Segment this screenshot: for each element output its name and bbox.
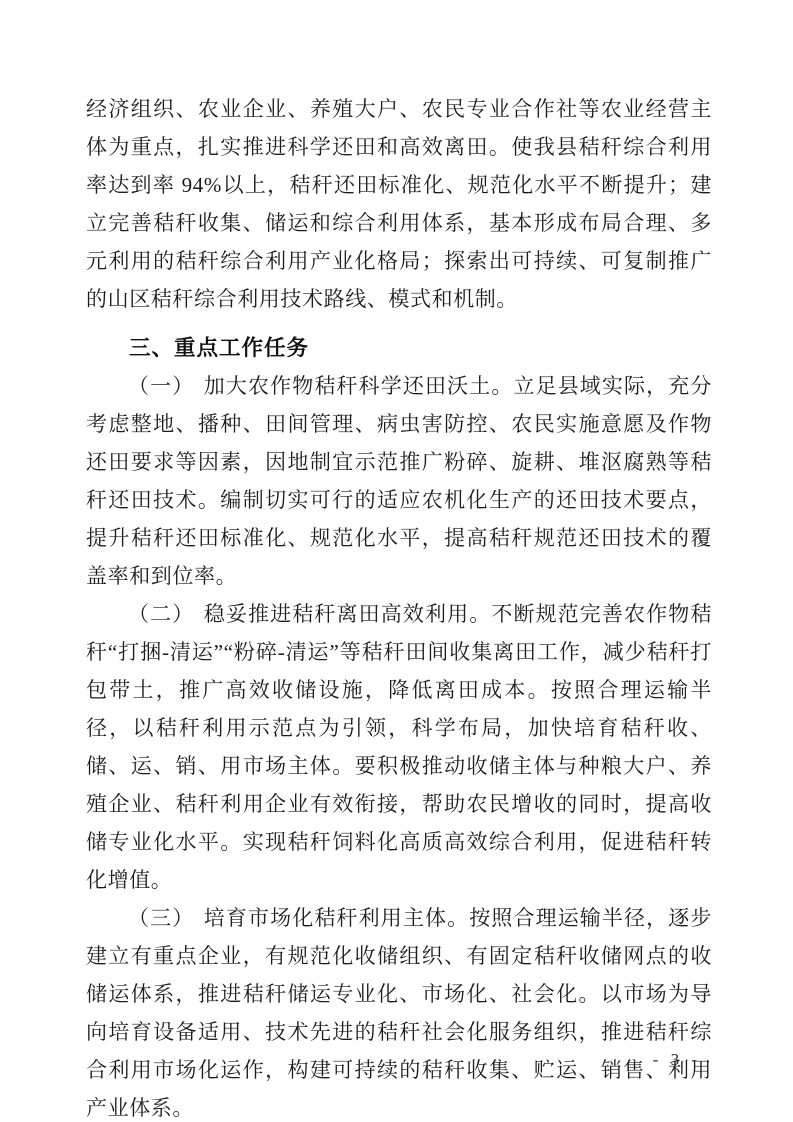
task-item-3: （三）培育市场化秸秆利用主体。按照合理运输半径，逐步建立有重点企业，有规范化收储… bbox=[86, 899, 712, 1122]
task-item-1-label: （一） bbox=[128, 374, 194, 398]
task-item-2: （二）稳妥推进秸秆离田高效利用。不断规范完善农作物秸秆“打捆-清运”“粉碎-清运… bbox=[86, 595, 712, 899]
task-item-2-body: 不断规范完善农作物秸秆“打捆-清运”“粉碎-清运”等秸秆田间收集离田工作，减少秸… bbox=[86, 602, 712, 892]
intro-paragraph: 经济组织、农业企业、养殖大户、农民专业合作社等农业经营主体为重点，扎实推进科学还… bbox=[86, 90, 712, 318]
task-item-2-title: 稳妥推进秸秆离田高效利用。 bbox=[204, 602, 492, 626]
section-heading: 三、重点工作任务 bbox=[86, 329, 712, 367]
task-item-3-body: 按照合理运输半径，逐步建立有重点企业，有规范化收储组织、有固定秸秆收储网点的收储… bbox=[86, 906, 712, 1120]
task-item-3-title: 培育市场化秸秆利用主体。 bbox=[204, 906, 469, 930]
task-item-1-title: 加大农作物秸秆科学还田沃土。 bbox=[204, 374, 514, 398]
task-item-2-label: （二） bbox=[128, 602, 194, 626]
task-item-3-label: （三） bbox=[128, 906, 194, 930]
task-item-1: （一）加大农作物秸秆科学还田沃土。立足县域实际，充分考虑整地、播种、田间管理、病… bbox=[86, 367, 712, 595]
page-number: - 3 - bbox=[653, 1050, 701, 1070]
document-page: 经济组织、农业企业、养殖大户、农民专业合作社等农业经营主体为重点，扎实推进科学还… bbox=[0, 0, 793, 1122]
document-body: 经济组织、农业企业、养殖大户、农民专业合作社等农业经营主体为重点，扎实推进科学还… bbox=[86, 90, 712, 1122]
task-item-1-body: 立足县域实际，充分考虑整地、播种、田间管理、病虫害防控、农民实施意愿及作物还田要… bbox=[86, 374, 712, 588]
